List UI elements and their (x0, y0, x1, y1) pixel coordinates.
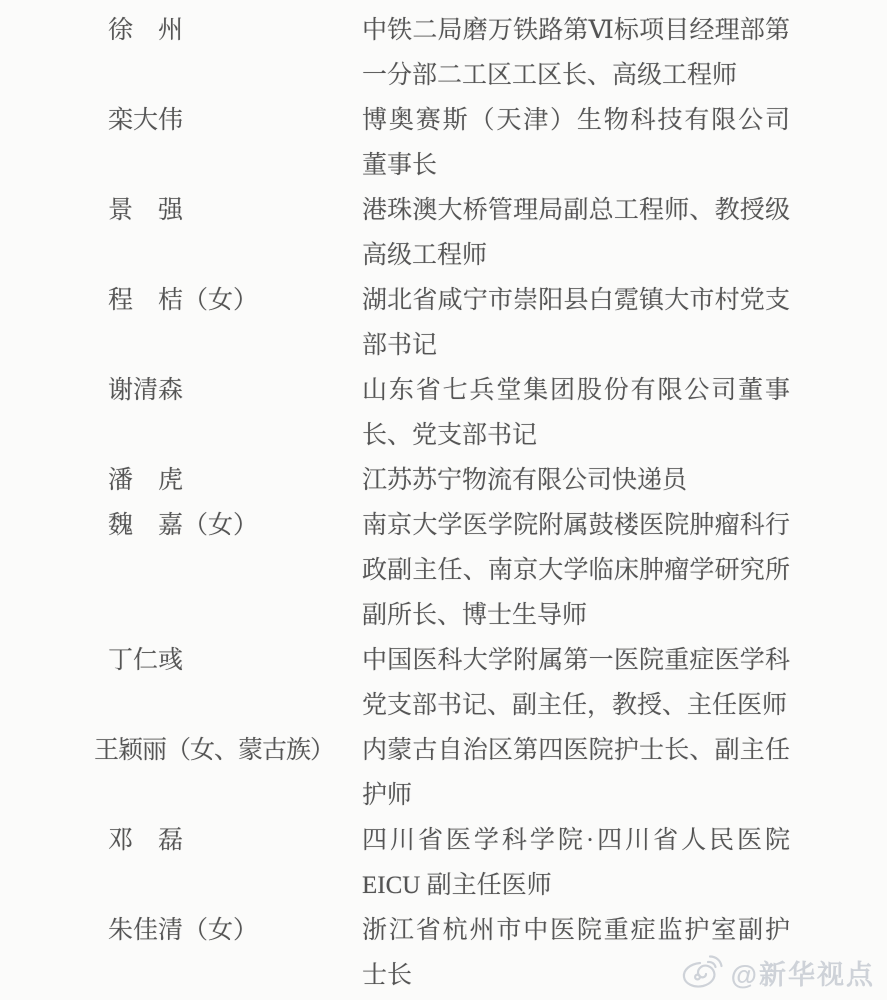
person-name: 潘 虎 (108, 458, 183, 503)
person-title: 湖北省咸宁市崇阳县白霓镇大市村党支部书记 (362, 278, 790, 368)
person-name: 景 强 (108, 188, 183, 233)
entry-row: 程 桔（女）湖北省咸宁市崇阳县白霓镇大市村党支部书记 (108, 278, 790, 368)
entry-row: 谢清森山东省七兵堂集团股份有限公司董事长、党支部书记 (108, 368, 790, 458)
description-line: EICU 副主任医师 (362, 863, 790, 908)
person-title: 博奥赛斯（天津）生物科技有限公司董事长 (362, 98, 790, 188)
description-line: 山东省七兵堂集团股份有限公司董事 (362, 368, 790, 413)
weibo-logo-icon (679, 954, 723, 992)
person-title: 中国医科大学附属第一医院重症医学科党支部书记、副主任，教授、主任医师 (362, 638, 790, 728)
watermark-handle: @新华视点 (731, 953, 875, 992)
description-line: 长、党支部书记 (362, 413, 790, 458)
description-line: 部书记 (362, 323, 790, 368)
description-line: 博奥赛斯（天津）生物科技有限公司 (362, 98, 790, 143)
person-title: 南京大学医学院附属鼓楼医院肿瘤科行政副主任、南京大学临床肿瘤学研究所副所长、博士… (362, 503, 790, 638)
person-title: 中铁二局磨万铁路第Ⅵ标项目经理部第一分部二工区工区长、高级工程师 (362, 8, 790, 98)
description-line: 浙江省杭州市中医院重症监护室副护 (362, 908, 790, 953)
entry-row: 徐 州中铁二局磨万铁路第Ⅵ标项目经理部第一分部二工区工区长、高级工程师 (108, 8, 790, 98)
description-line: 南京大学医学院附属鼓楼医院肿瘤科行 (362, 503, 790, 548)
person-name: 邓 磊 (108, 818, 183, 863)
description-line: 高级工程师 (362, 233, 790, 278)
description-line: 港珠澳大桥管理局副总工程师、教授级 (362, 188, 790, 233)
person-name: 王颖丽（女、蒙古族） (94, 728, 334, 773)
person-title: 江苏苏宁物流有限公司快递员 (362, 458, 790, 503)
person-title: 港珠澳大桥管理局副总工程师、教授级高级工程师 (362, 188, 790, 278)
description-line: 政副主任、南京大学临床肿瘤学研究所 (362, 548, 790, 593)
entry-row: 景 强港珠澳大桥管理局副总工程师、教授级高级工程师 (108, 188, 790, 278)
description-line: 副所长、博士生导师 (362, 593, 790, 638)
watermark: @新华视点 (679, 953, 875, 992)
description-line: 董事长 (362, 143, 790, 188)
entry-row: 王颖丽（女、蒙古族）内蒙古自治区第四医院护士长、副主任护师 (108, 728, 790, 818)
person-title: 内蒙古自治区第四医院护士长、副主任护师 (362, 728, 790, 818)
description-line: 中铁二局磨万铁路第Ⅵ标项目经理部第 (362, 8, 790, 53)
description-line: 江苏苏宁物流有限公司快递员 (362, 458, 790, 503)
person-name: 谢清森 (108, 368, 183, 413)
entry-row: 邓 磊四川省医学科学院·四川省人民医院EICU 副主任医师 (108, 818, 790, 908)
description-line: 护师 (362, 773, 790, 818)
description-line: 湖北省咸宁市崇阳县白霓镇大市村党支 (362, 278, 790, 323)
entry-row: 潘 虎江苏苏宁物流有限公司快递员 (108, 458, 790, 503)
document-page: 徐 州中铁二局磨万铁路第Ⅵ标项目经理部第一分部二工区工区长、高级工程师栾大伟博奥… (0, 0, 887, 998)
description-line: 一分部二工区工区长、高级工程师 (362, 53, 790, 98)
person-name: 朱佳清（女） (108, 908, 258, 953)
description-line: 党支部书记、副主任，教授、主任医师 (362, 683, 790, 728)
person-title: 四川省医学科学院·四川省人民医院EICU 副主任医师 (362, 818, 790, 908)
person-name: 丁仁彧 (108, 638, 183, 683)
person-title: 山东省七兵堂集团股份有限公司董事长、党支部书记 (362, 368, 790, 458)
person-name: 徐 州 (108, 8, 183, 53)
person-name: 栾大伟 (108, 98, 183, 143)
description-line: 中国医科大学附属第一医院重症医学科 (362, 638, 790, 683)
person-name: 魏 嘉（女） (108, 503, 258, 548)
entry-row: 魏 嘉（女）南京大学医学院附属鼓楼医院肿瘤科行政副主任、南京大学临床肿瘤学研究所… (108, 503, 790, 638)
entry-row: 栾大伟博奥赛斯（天津）生物科技有限公司董事长 (108, 98, 790, 188)
entry-row: 丁仁彧中国医科大学附属第一医院重症医学科党支部书记、副主任，教授、主任医师 (108, 638, 790, 728)
description-line: 四川省医学科学院·四川省人民医院 (362, 818, 790, 863)
person-name: 程 桔（女） (108, 278, 258, 323)
description-line: 内蒙古自治区第四医院护士长、副主任 (362, 728, 790, 773)
